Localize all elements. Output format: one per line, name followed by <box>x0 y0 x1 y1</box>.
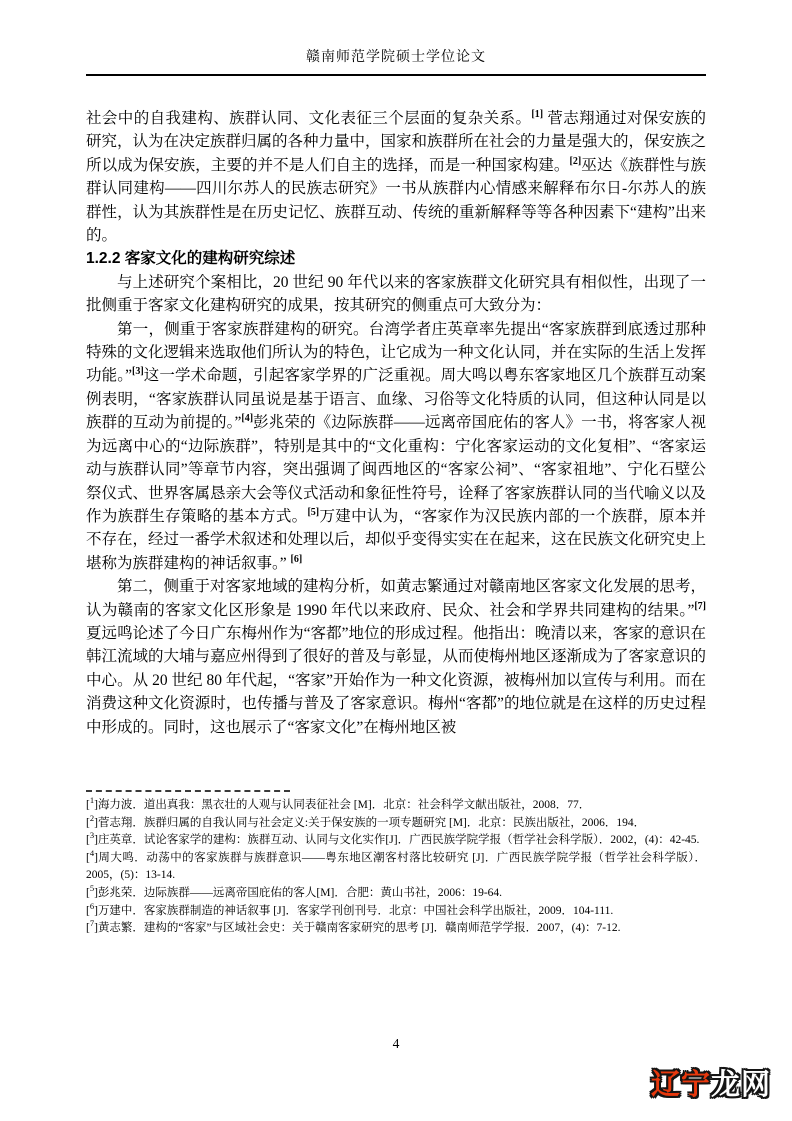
footnotes-list: [1]海力波．道出真我：黑衣壮的人观与认同表征社会 [M]．北京：社会科学文献出… <box>86 797 706 938</box>
footnote-ref: [6] <box>291 554 303 565</box>
footnote-ref: [3] <box>132 366 144 377</box>
footnote-text: 庄英章．试论客家学的建构：族群互动、认同与文化实作[J]．广西民族学院学报（哲学… <box>98 834 700 846</box>
footnote-ref: [2] <box>570 156 582 167</box>
header-title: 赣南师范学院硕士学位论文 <box>0 49 792 67</box>
header-rule <box>86 74 706 76</box>
footnote-marker: [6] <box>86 905 98 917</box>
footnote-text: 海力波．道出真我：黑衣壮的人观与认同表征社会 [M]．北京：社会科学文献出版社，… <box>98 799 590 811</box>
footnote-text: 菅志翔．族群归属的自我认同与社会定义:关于保安族的一项专题研究 [M]．北京：民… <box>98 817 645 829</box>
footnote-text: 彭兆荣．边际族群——远离帝国庇佑的客人[M]．合肥：黄山书社，2006：19-6… <box>98 887 502 899</box>
footnote-marker: [7] <box>86 922 98 934</box>
footnote-ref: [5] <box>307 507 319 518</box>
page-number: 4 <box>0 1036 792 1052</box>
footnote-text: 周大鸣．动荡中的客家族群与族群意识——粤东地区潮客村落比较研究 [J]．广西民族… <box>86 852 706 882</box>
body-paragraph: 第二，侧重于对客家地域的建构分析，如黄志繁通过对赣南地区客家文化发展的思考，认为… <box>86 575 706 739</box>
footnote-ref: [4] <box>241 413 253 424</box>
body-paragraph: 与上述研究个案相比，20 世纪 90 年代以来的客家族群文化研究具有相似性，出现… <box>86 271 706 318</box>
body-paragraph: 第一，侧重于客家族群建构的研究。台湾学者庄英章率先提出“客家族群到底透过那种特殊… <box>86 318 706 575</box>
footnote-ref: [7] <box>694 600 706 611</box>
thesis-page: 赣南师范学院硕士学位论文 社会中的自我建构、族群认同、文化表征三个层面的复杂关系… <box>0 0 792 1121</box>
footnote-item: [4]周大鸣．动荡中的客家族群与族群意识——粤东地区潮客村落比较研究 [J]．广… <box>86 850 706 885</box>
footnote-item: [7]黄志繁．建构的“客家”与区域社会史：关于赣南客家研究的思考 [J]．赣南师… <box>86 920 706 938</box>
page-header: 赣南师范学院硕士学位论文 <box>0 0 792 76</box>
body-paragraph: 社会中的自我建构、族群认同、文化表征三个层面的复杂关系。[1] 菅志翔通过对保安… <box>86 107 706 247</box>
footnotes-section: [1]海力波．道出真我：黑衣壮的人观与认同表征社会 [M]．北京：社会科学文献出… <box>86 790 706 938</box>
footnote-item: [2]菅志翔．族群归属的自我认同与社会定义:关于保安族的一项专题研究 [M]．北… <box>86 815 706 833</box>
footnote-item: [1]海力波．道出真我：黑衣壮的人观与认同表征社会 [M]．北京：社会科学文献出… <box>86 797 706 815</box>
footnote-marker: [4] <box>86 852 98 864</box>
footnote-marker: [1] <box>86 799 98 811</box>
body-content: 社会中的自我建构、族群认同、文化表征三个层面的复杂关系。[1] 菅志翔通过对保安… <box>86 107 706 739</box>
footnote-marker: [2] <box>86 817 98 829</box>
footnote-text: 万建中．客家族群制造的神话叙事 [J]．客家学刊创刊号．北京：中国社会科学出版社… <box>98 905 613 917</box>
footnote-marker: [5] <box>86 887 98 899</box>
footnote-ref: [1] <box>531 109 543 120</box>
footnote-item: [6]万建中．客家族群制造的神话叙事 [J]．客家学刊创刊号．北京：中国社会科学… <box>86 903 706 921</box>
section-heading: 1.2.2 客家文化的建构研究综述 <box>86 247 706 270</box>
footnote-item: [3]庄英章．试论客家学的建构：族群互动、认同与文化实作[J]．广西民族学院学报… <box>86 832 706 850</box>
footnote-item: [5]彭兆荣．边际族群——远离帝国庇佑的客人[M]．合肥：黄山书社，2006：1… <box>86 885 706 903</box>
watermark-white-text: 龙网 <box>711 1069 771 1101</box>
watermark-red-text: 辽宁 <box>651 1069 711 1101</box>
footnote-text: 黄志繁．建构的“客家”与区域社会史：关于赣南客家研究的思考 [J]．赣南师范学学… <box>98 922 621 934</box>
footnote-marker: [3] <box>86 834 98 846</box>
footnote-separator <box>86 790 290 792</box>
watermark-logo: 辽宁龙网 <box>651 1069 771 1102</box>
